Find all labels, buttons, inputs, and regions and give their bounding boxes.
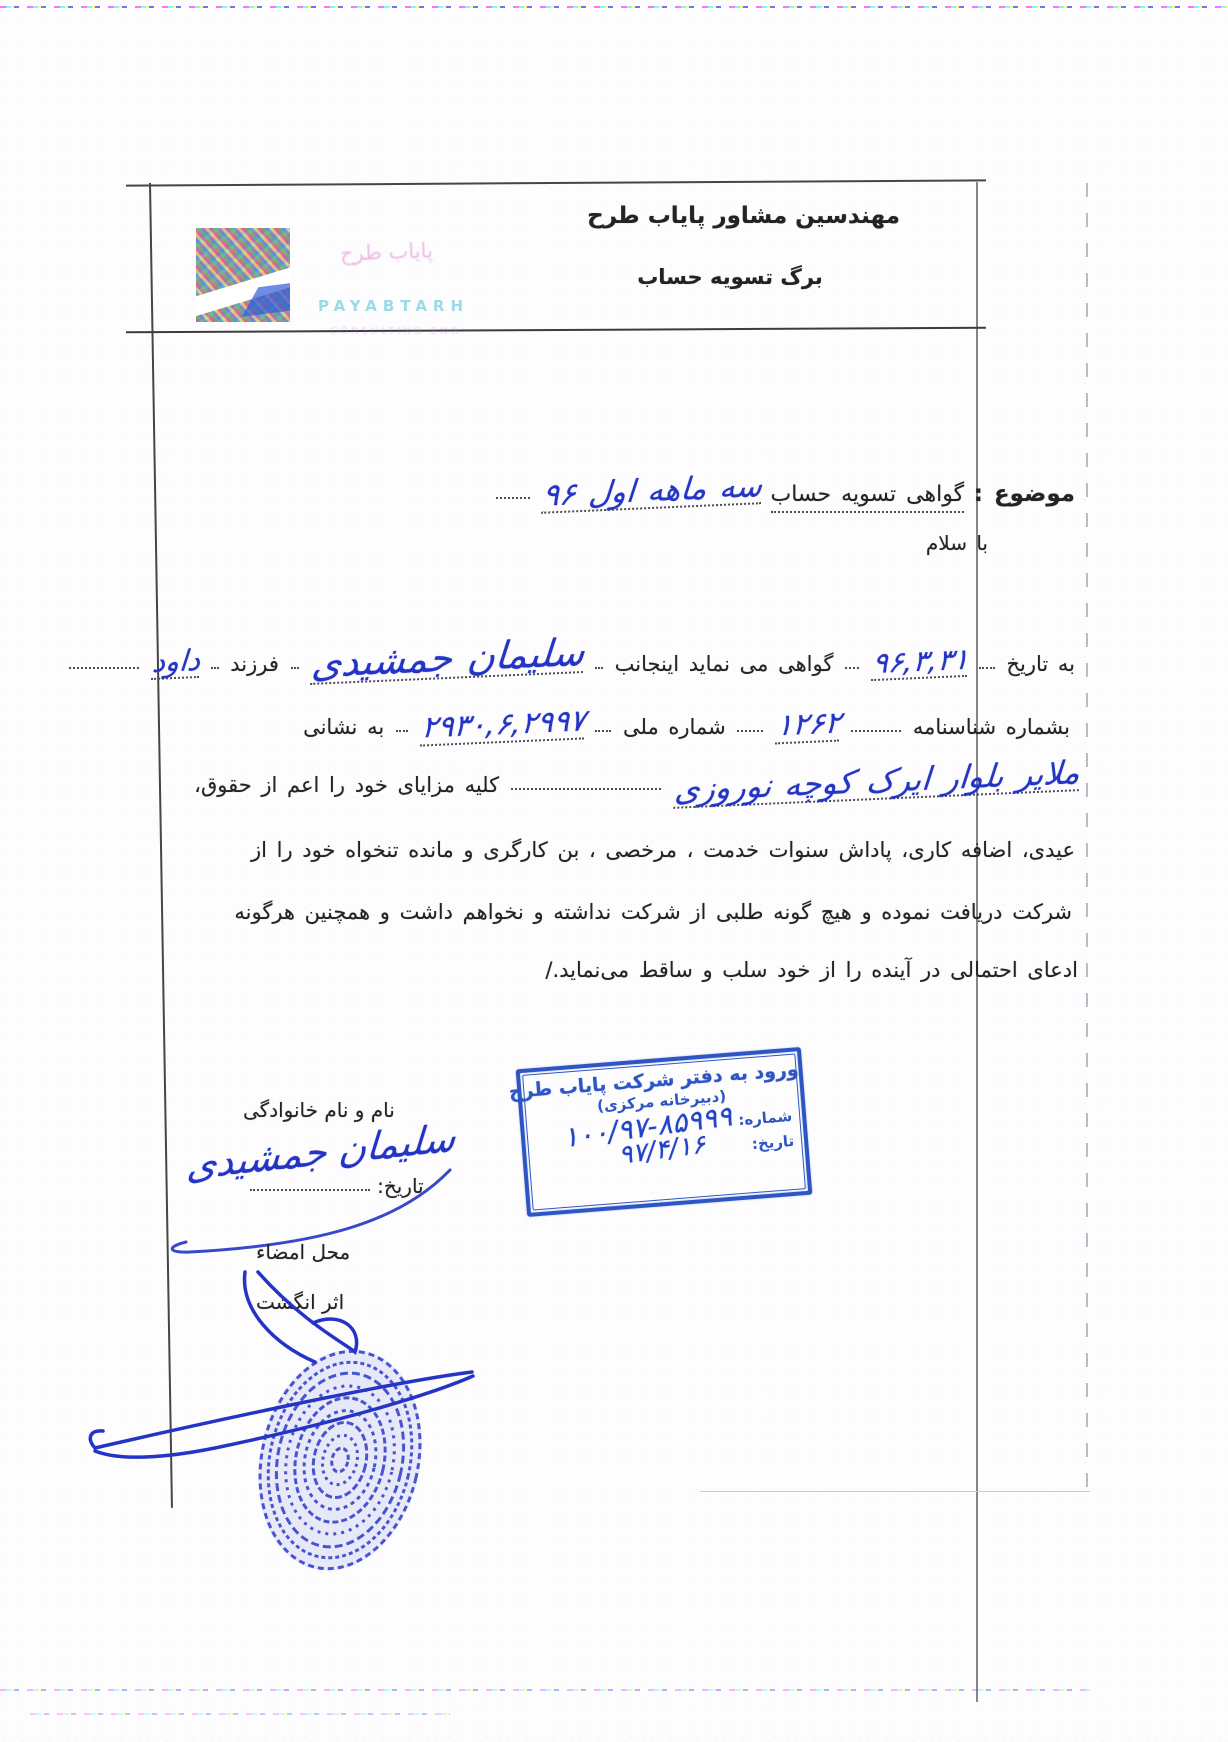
- scanned-settlement-document: پایاب طرح PAYABTARH CONSULTING ENG مهندس…: [0, 0, 1228, 1742]
- stamp-date-handwritten: ۹۷/۴/۱۶: [618, 1134, 708, 1169]
- line2-national-label: شماره ملی: [623, 715, 726, 739]
- page-edge-right: [1086, 183, 1088, 1493]
- page-edge-bottom: [700, 1491, 1090, 1492]
- line3-address-handwritten: ملایر بلوار ایرک کوچه نوروزی: [673, 759, 1081, 809]
- company-title: مهندسین مشاور پایاب طرح: [600, 203, 900, 229]
- dotted-leader: [595, 663, 603, 669]
- dotted-leader: [211, 663, 219, 669]
- line1-name-handwritten: سلیمان جمشیدی: [310, 636, 586, 685]
- header-divider-rule: [126, 327, 986, 334]
- scan-noise-top: [0, 6, 1228, 8]
- company-logo: [196, 228, 290, 322]
- line2-id-label: بشماره شناسنامه: [913, 715, 1070, 739]
- body-line-5: شرکت دریافت نموده و هیچ گونه طلبی از شرک…: [234, 900, 1072, 924]
- dotted-leader: [69, 663, 139, 669]
- line1-mid: گواهی می نماید اینجانب: [615, 652, 834, 676]
- body-line-2: بشماره شناسنامه ۱۲۶۲ شماره ملی ۲۹۳۰,۶,۲۹…: [303, 712, 1070, 743]
- form-title: برگ تسویه حساب: [610, 265, 850, 289]
- line1-prefix: به تاریخ: [1006, 652, 1075, 676]
- stamp-number-label: شماره:: [738, 1107, 793, 1129]
- dotted-leader: [291, 663, 299, 669]
- dotted-leader: [496, 493, 530, 499]
- dotted-leader: [845, 663, 859, 669]
- dotted-leader: [737, 726, 763, 732]
- dotted-leader: [979, 663, 995, 669]
- line1-date-handwritten: ۹۶,۳,۳۱: [871, 647, 970, 681]
- fullname-label: نام و نام خانوادگی: [243, 1098, 395, 1122]
- line2-id-value-handwritten: ۱۲۶۲: [775, 710, 842, 743]
- frame-top-border: [126, 179, 986, 186]
- dotted-leader: [511, 784, 661, 790]
- logo-latin-wordmark: PAYABTARH: [318, 297, 469, 315]
- dotted-leader: [396, 726, 408, 732]
- subject-printed-text: گواهی تسویه حساب: [771, 482, 965, 513]
- logo-persian-wordmark: پایاب طرح: [340, 238, 434, 265]
- fingerprint-mark: [85, 1255, 515, 1585]
- line1-father-handwritten: داود: [151, 648, 201, 680]
- body-line-3: ملایر بلوار ایرک کوچه نوروزی کلیه مزایای…: [194, 768, 1078, 800]
- dotted-leader: [595, 726, 611, 732]
- body-line-6: ادعای احتمالی در آینده را از خود سلب و س…: [545, 958, 1078, 982]
- scan-noise-bottom-1: [0, 1689, 1090, 1691]
- body-line-4: عیدی، اضافه کاری، پاداش سنوات خدمت ، مرخ…: [251, 838, 1075, 862]
- office-entry-stamp: ورود به دفتر شرکت پایاب طرح (دبیرخانه مر…: [516, 1047, 813, 1217]
- line1-child-label: فرزند: [230, 652, 279, 676]
- scan-noise-bottom-2: [30, 1713, 450, 1715]
- stamp-date-label: تاریخ:: [751, 1132, 795, 1153]
- body-line-1: به تاریخ ۹۶,۳,۳۱ گواهی می نماید اینجانب …: [67, 642, 1075, 679]
- subject-line: موضوع : گواهی تسویه حساب سه ماهه اول ۹۶: [494, 478, 1075, 509]
- dotted-leader: [851, 726, 901, 732]
- subject-handwritten-value: سه ماهه اول ۹۶: [541, 473, 763, 514]
- salutation: با سلام: [926, 531, 988, 555]
- line3-rest: کلیه مزایای خود را اعم از حقوق،: [194, 773, 499, 797]
- line2-address-label: به نشانی: [303, 715, 384, 739]
- frame-right-border: [976, 182, 978, 1702]
- logo-latin-subtext: CONSULTING ENG: [330, 326, 461, 337]
- subject-label: موضوع :: [974, 481, 1075, 507]
- line2-national-value-handwritten: ۲۹۳۰,۶,۲۹۹۷: [420, 708, 586, 746]
